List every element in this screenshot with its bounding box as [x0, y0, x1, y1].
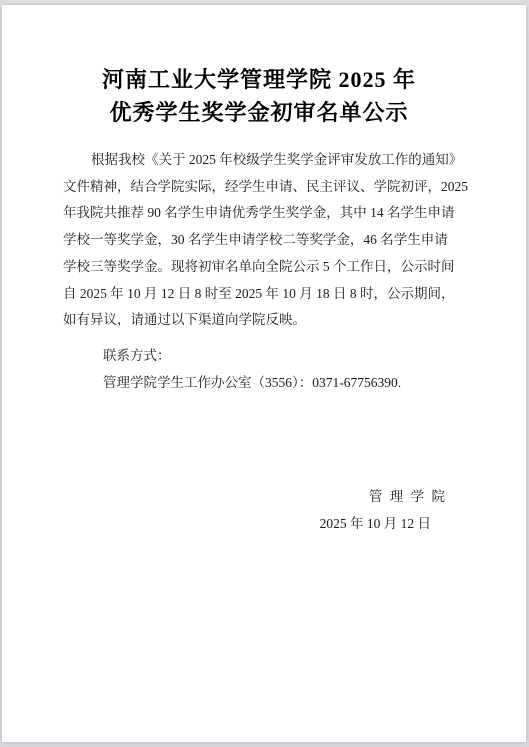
title-line-2: 优秀学生奖学金初审名单公示 [63, 96, 455, 129]
contact-info: 管理学院学生工作办公室（3556）：0371-67756390. [63, 370, 455, 397]
paragraph-line: 根据我校《关于 2025 年校级学生奖学金评审发放工作的通知》 [63, 147, 455, 174]
paragraph-line: 文件精神，结合学院实际，经学生申请、民主评议、学院初评，2025 [63, 174, 455, 201]
contact-section: 联系方式： 管理学院学生工作办公室（3556）：0371-67756390. [63, 343, 455, 396]
signature-org: 管 理 学 院 [63, 484, 455, 511]
document-title: 河南工业大学管理学院 2025 年 优秀学生奖学金初审名单公示 [63, 63, 455, 129]
paragraph-line: 学校一等奖学金，30 名学生申请学校二等奖学金，46 名学生申请 [63, 227, 455, 254]
signature-date: 2025 年 10 月 12 日 [63, 511, 455, 538]
paragraph-line: 学校三等奖学金。现将初审名单向全院公示 5 个工作日，公示时间 [63, 254, 455, 281]
viewer-background: 河南工业大学管理学院 2025 年 优秀学生奖学金初审名单公示 根据我校《关于 … [0, 0, 529, 747]
paragraph-line: 年我院共推荐 90 名学生申请优秀学生奖学金，其中 14 名学生申请 [63, 200, 455, 227]
contact-label: 联系方式： [63, 343, 455, 370]
paragraph-line: 自 2025 年 10 月 12 日 8 时至 2025 年 10 月 18 日… [63, 281, 455, 308]
notice-paragraph: 根据我校《关于 2025 年校级学生奖学金评审发放工作的通知》 文件精神，结合学… [63, 147, 455, 334]
document-page: 河南工业大学管理学院 2025 年 优秀学生奖学金初审名单公示 根据我校《关于 … [2, 5, 526, 742]
title-line-1: 河南工业大学管理学院 2025 年 [63, 63, 455, 96]
signature-block: 管 理 学 院 2025 年 10 月 12 日 [63, 484, 455, 537]
paragraph-line: 如有异议，请通过以下渠道向学院反映。 [63, 307, 455, 334]
page-content: 河南工业大学管理学院 2025 年 优秀学生奖学金初审名单公示 根据我校《关于 … [63, 5, 455, 537]
